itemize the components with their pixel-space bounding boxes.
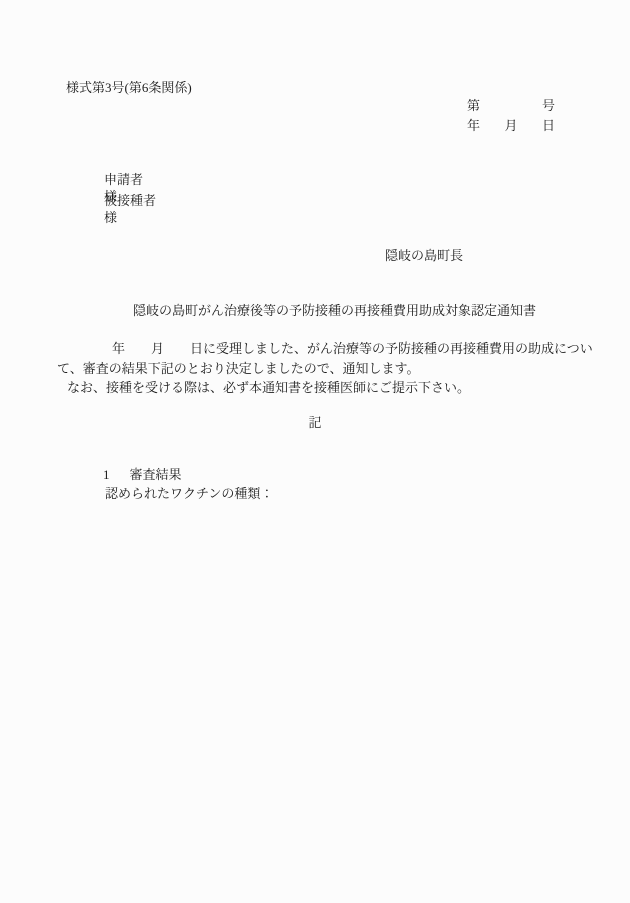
date-month-label: 月 (504, 118, 517, 134)
vaccinee-line: 被接種者 様 (91, 177, 232, 242)
form-number: 様式第3号(第6条関係) (66, 80, 192, 96)
date-line: 年 月 日 (467, 118, 555, 134)
body-text-line-2: て、審査の結果下記のとおり決定しましたので、通知します。 (57, 361, 419, 377)
doc-number-prefix: 第 (467, 98, 480, 114)
document-page: 様式第3号(第6条関係) 第 号 年 月 日 申請者 様 被接種者 様 隠岐の島… (0, 0, 630, 903)
section-1-number: 1 (103, 467, 110, 482)
date-year-label: 年 (467, 118, 480, 134)
issuer-name: 隠岐の島町長 (385, 248, 463, 264)
body-text-line-3: なお、接種を受ける際は、必ず本通知書を接種医師にご提示下さい。 (67, 380, 470, 396)
document-title: 隠岐の島町がん治療後等の予防接種の再接種費用助成対象認定通知書 (133, 303, 536, 319)
section-1-title: 審査結果 (130, 467, 182, 482)
vaccinee-honorific: 様 (104, 210, 117, 225)
vaccinee-label: 被接種者 (104, 193, 232, 209)
body-text-line-1: 年 月 日に受理しました、がん治療等の予防接種の再接種費用の助成につい (112, 341, 593, 357)
doc-number-line: 第 号 (467, 98, 555, 114)
doc-number-suffix: 号 (542, 98, 555, 114)
date-day-label: 日 (542, 118, 555, 134)
approved-vaccine-type-label: 認められたワクチンの種類： (105, 486, 273, 502)
record-marker: 記 (0, 415, 630, 431)
